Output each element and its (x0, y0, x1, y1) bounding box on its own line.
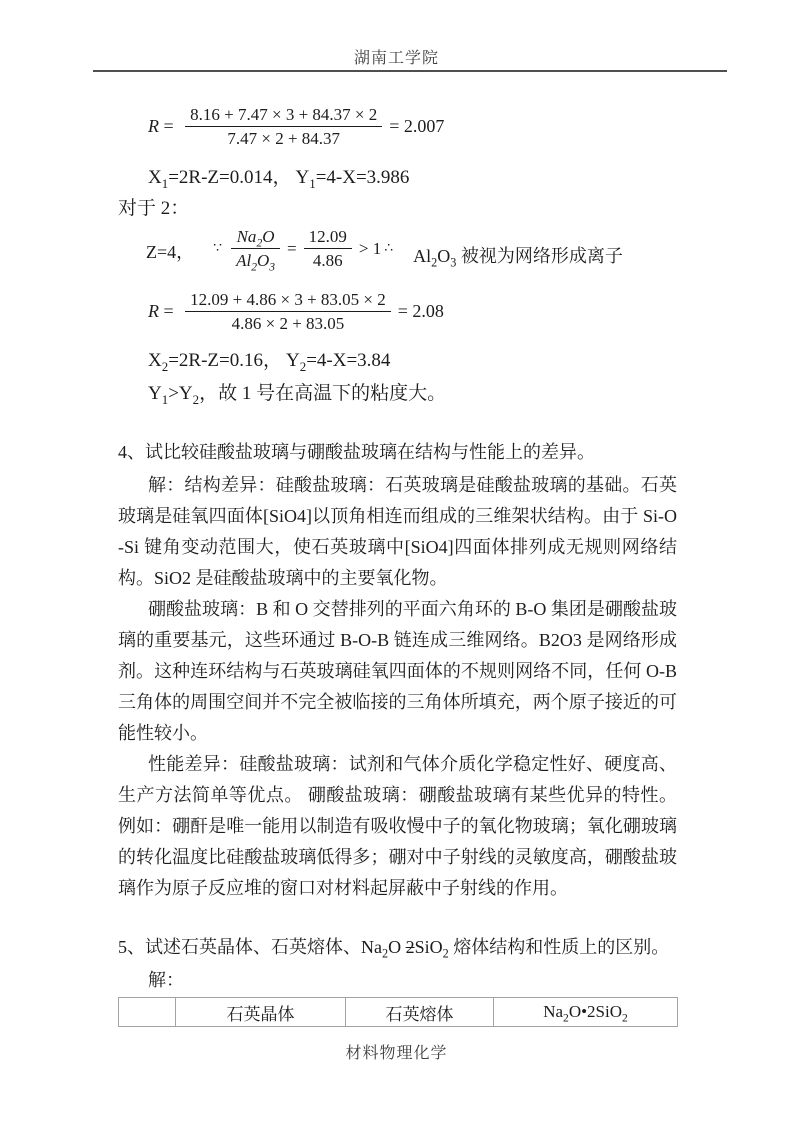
line-x1y1: X1=2R-Z=0.014， Y1=4-X=3.986 (148, 166, 677, 190)
table-header-cell-quartz-melt: 石英熔体 (346, 998, 494, 1027)
formula-z-ratio-fraction: Na2O Al2O3 (231, 226, 280, 271)
comparison-table: 石英晶体 石英熔体 Na2O•2SiO2 (118, 997, 678, 1027)
page-footer-title: 材料物理化学 (0, 1040, 793, 1063)
q4-paragraph-performance: 性能差异：硅酸盐玻璃：试剂和气体介质化学稳定性好、硬度高、生产方法简单等优点。 … (118, 749, 677, 904)
formula-r1-lhs: R = (148, 116, 178, 137)
formula-z-value-denominator: 4.86 (304, 249, 352, 271)
question-4-title: 4、试比较硅酸盐玻璃与硼酸盐玻璃在结构与性能上的差异。 (118, 440, 677, 465)
formula-r1-denominator: 7.47 × 2 + 84.37 (185, 127, 382, 149)
document-content: R = 8.16 + 7.47 × 3 + 84.37 × 2 7.47 × 2… (118, 96, 677, 1027)
document-page: 湖南工学院 R = 8.16 + 7.47 × 3 + 84.37 × 2 7.… (0, 0, 793, 1122)
line-conclusion: Y1>Y2，故 1 号在高温下的粘度大。 (148, 382, 677, 406)
formula-r2-lhs: R = (148, 301, 178, 322)
formula-r1-result: = 2.007 (389, 116, 444, 137)
formula-z-equals: = (287, 239, 297, 259)
formula-r2-result: = 2.08 (398, 301, 444, 322)
formula-r1-fraction: 8.16 + 7.47 × 3 + 84.37 × 2 7.47 × 2 + 8… (185, 104, 382, 149)
solution-label: 解： (148, 968, 677, 992)
formula-z-ratio-numerator: Na2O (231, 226, 280, 249)
formula-z-ratio-denominator: Al2O3 (231, 249, 280, 271)
page-header-title: 湖南工学院 (0, 45, 793, 68)
formula-r1-numerator: 8.16 + 7.47 × 3 + 84.37 × 2 (185, 104, 382, 127)
therefore-symbol: ∴ (384, 240, 392, 257)
q4-paragraph-structure-borate: 硼酸盐玻璃：B 和 O 交替排列的平面六角环的 B-O 集团是硼酸盐玻璃的重要基… (118, 594, 677, 749)
line-x2y2: X2=2R-Z=0.16， Y2=4-X=3.84 (148, 349, 677, 373)
table-header-cell-quartz-crystal: 石英晶体 (176, 998, 346, 1027)
header-rule (93, 70, 727, 72)
table-header-cell-na2o-2sio2: Na2O•2SiO2 (494, 998, 678, 1027)
formula-r1: R = 8.16 + 7.47 × 3 + 84.37 × 2 7.47 × 2… (148, 104, 677, 149)
formula-r2-fraction: 12.09 + 4.86 × 3 + 83.05 × 2 4.86 × 2 + … (185, 289, 391, 334)
formula-z-prefix: Z=4， (146, 238, 194, 271)
formula-z-value-numerator: 12.09 (304, 226, 352, 249)
table-header-row: 石英晶体 石英熔体 Na2O•2SiO2 (119, 998, 678, 1027)
formula-z: Z=4， ∵ Na2O Al2O3 = 12.09 4.86 > 1 ∴ Al2… (146, 226, 677, 271)
formula-z-note: Al2O3 被视为网络形成离子 (413, 242, 623, 271)
formula-r2: R = 12.09 + 4.86 × 3 + 83.05 × 2 4.86 × … (148, 289, 677, 334)
formula-z-relation: > 1 (359, 239, 381, 259)
line-duiyu2: 对于 2： (118, 197, 677, 221)
formula-r2-numerator: 12.09 + 4.86 × 3 + 83.05 × 2 (185, 289, 391, 312)
question-5-title: 5、试述石英晶体、石英熔体、Na2O 2SiO2 熔体结构和性质上的区别。 (118, 935, 677, 960)
q4-paragraph-structure-silicate: 解：结构差异：硅酸盐玻璃：石英玻璃是硅酸盐玻璃的基础。石英玻璃是硅氧四面体[Si… (118, 470, 677, 594)
table-header-cell-empty (119, 998, 176, 1027)
formula-r2-denominator: 4.86 × 2 + 83.05 (185, 312, 391, 334)
formula-z-value-fraction: 12.09 4.86 (304, 226, 352, 271)
because-symbol: ∵ (213, 240, 221, 257)
